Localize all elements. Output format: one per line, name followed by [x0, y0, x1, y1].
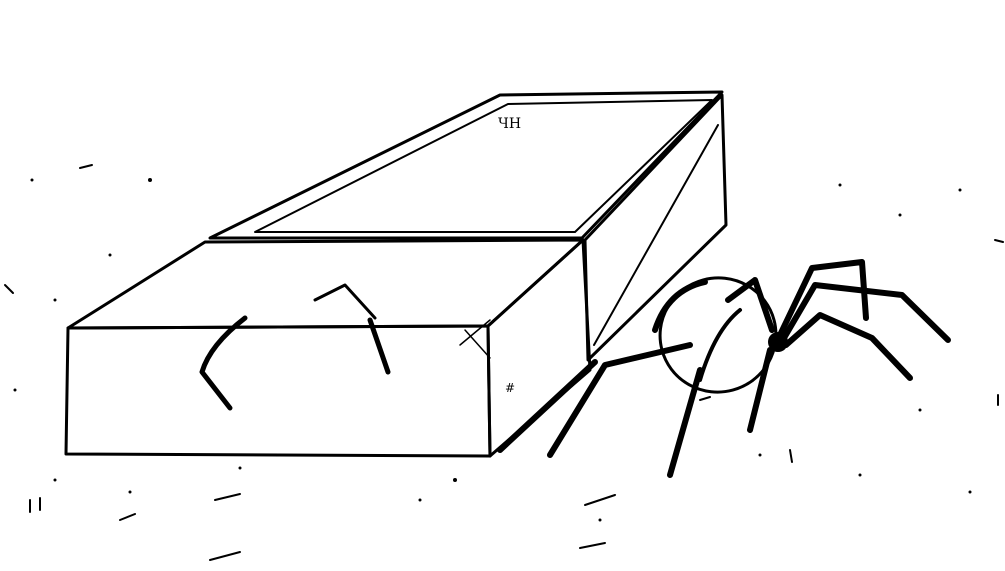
illustration: ЧН #: [0, 0, 1005, 571]
svg-text:#: #: [505, 381, 515, 395]
spider: [550, 262, 948, 475]
spider-in-box: [202, 285, 388, 408]
ground-specks: [14, 178, 972, 522]
matchbox-sleeve: ЧН: [210, 92, 726, 360]
ground-strokes: [5, 165, 1003, 560]
matchbox-drawer: #: [66, 240, 595, 456]
sleeve-mark: ЧН: [498, 116, 521, 132]
